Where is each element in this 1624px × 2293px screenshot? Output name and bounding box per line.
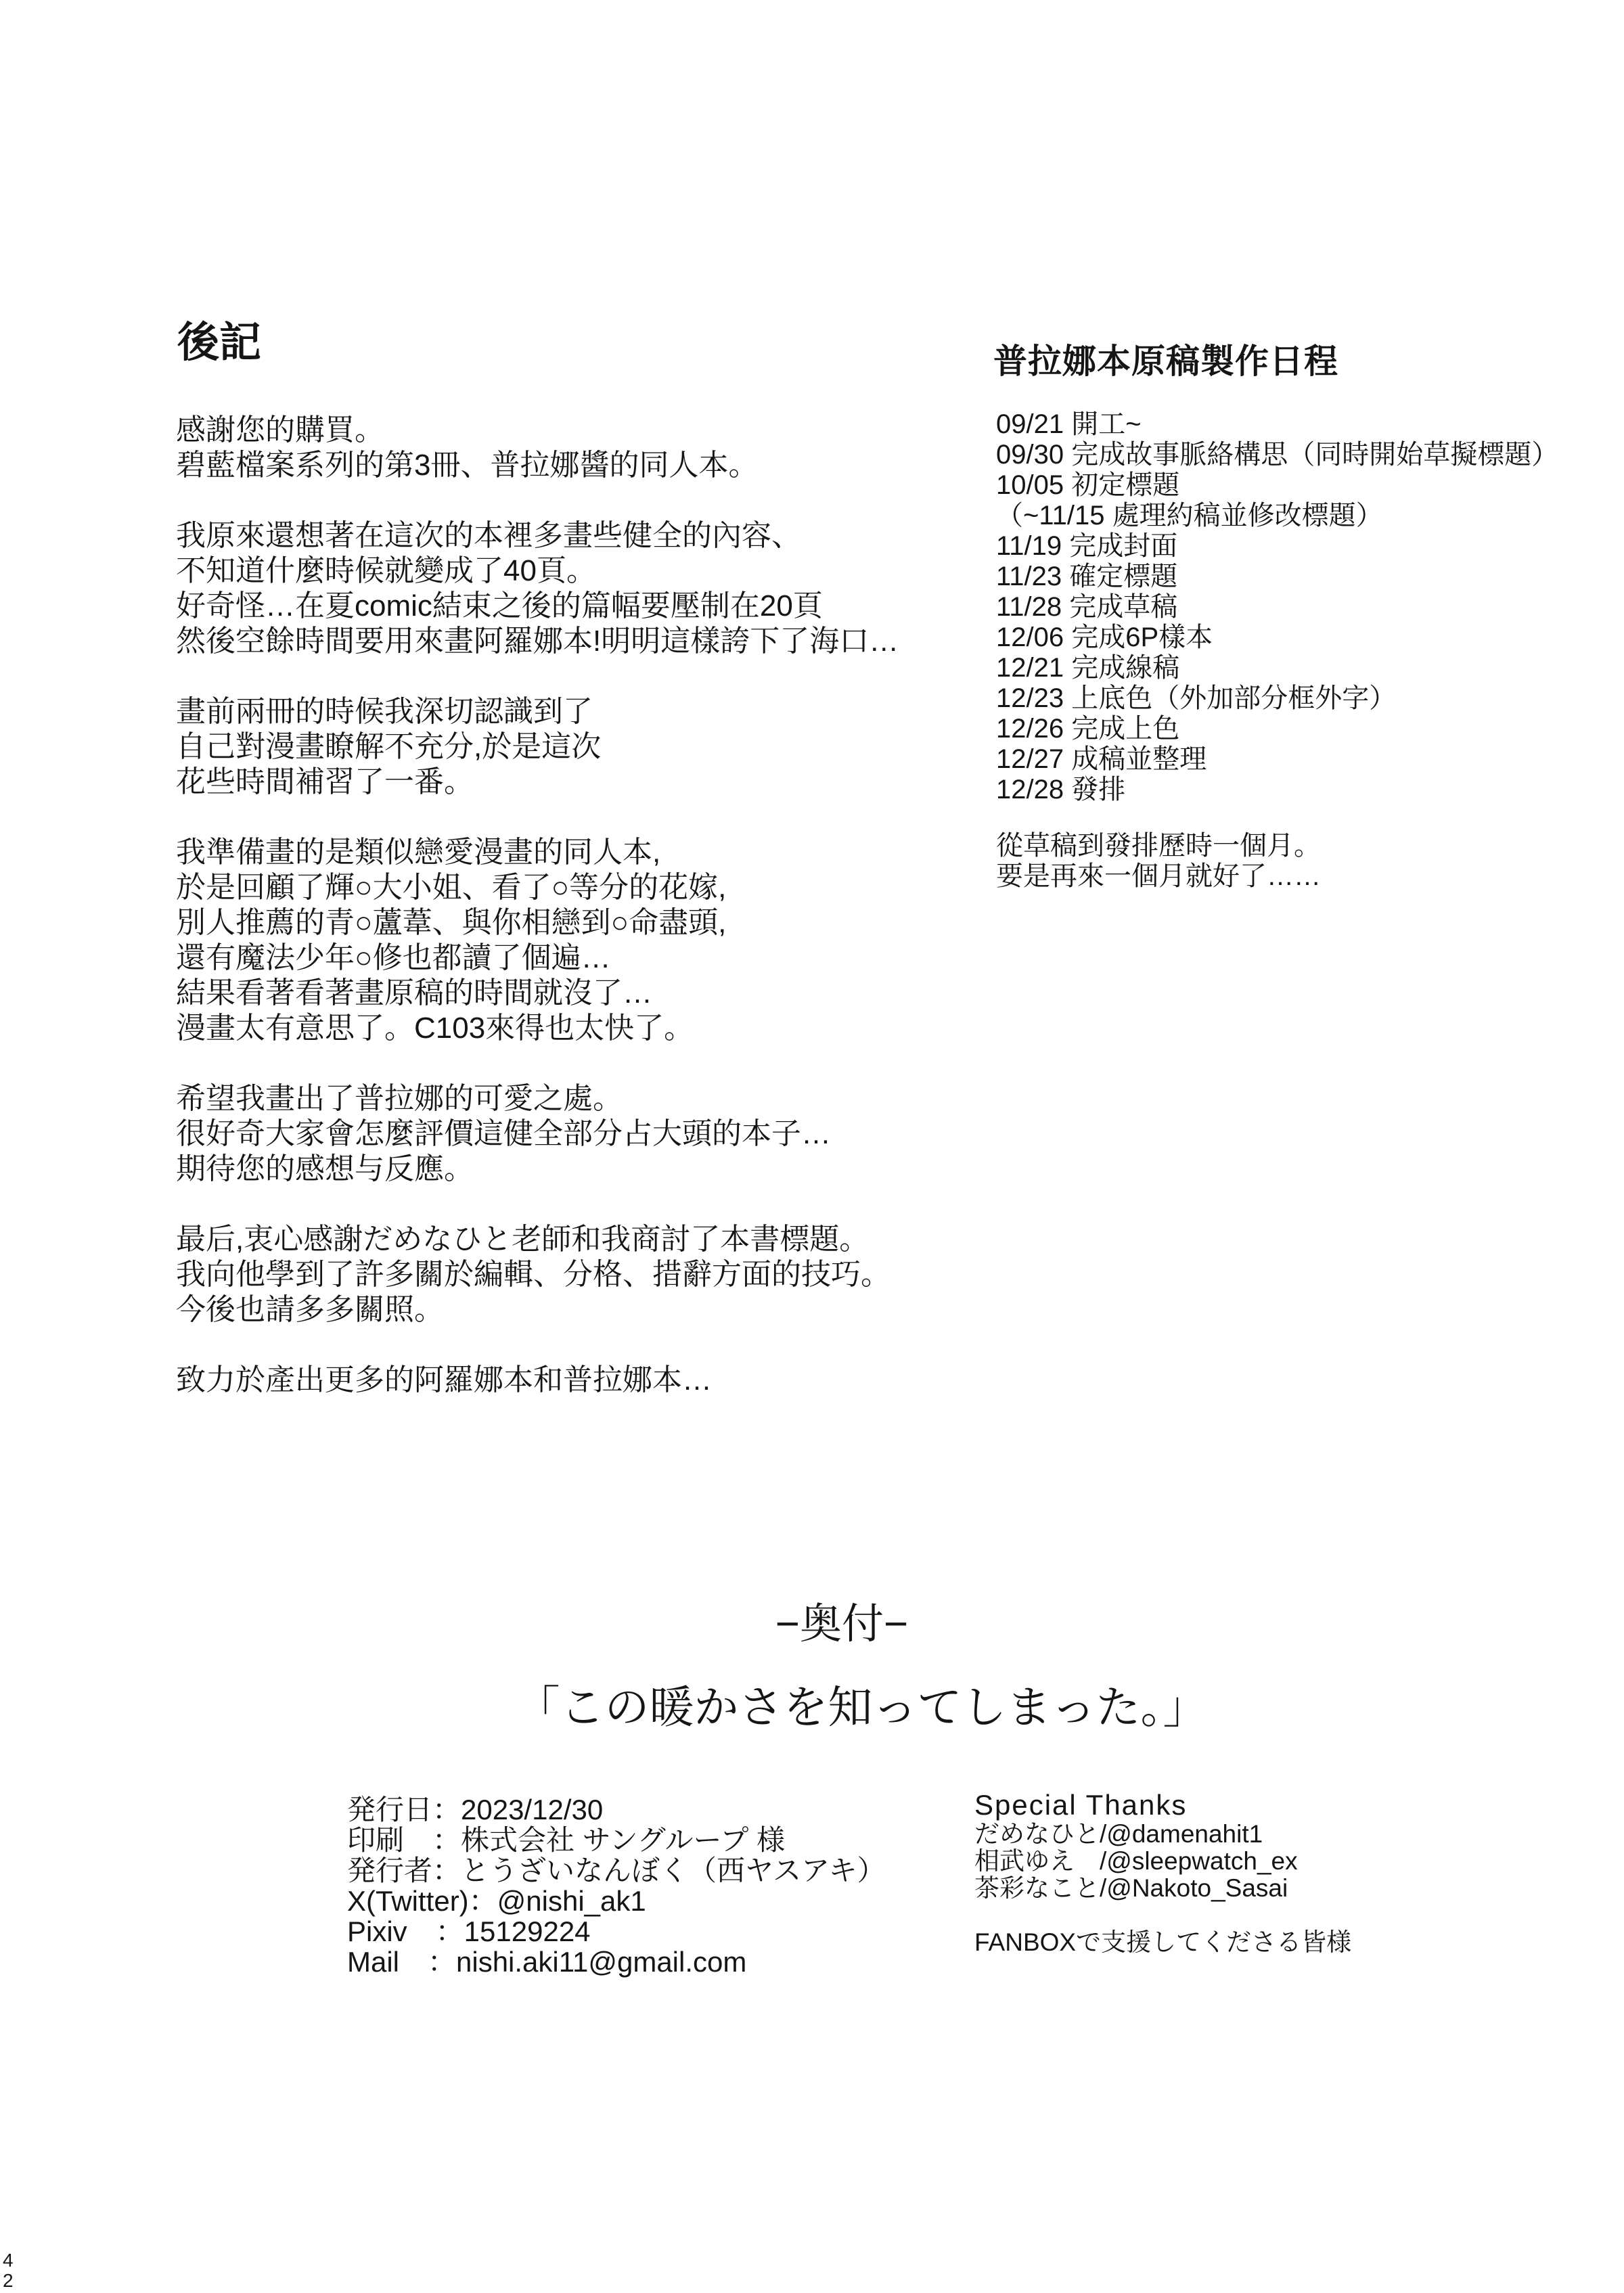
text-line: 自己對漫畫瞭解不充分,於是這次	[176, 729, 981, 765]
special-thanks-names: だめなひと/@damenahit1相武ゆえ /@sleepwatch_ex茶彩な…	[974, 1821, 1351, 1902]
text-line: 還有魔法少年○修也都讀了個遍…	[176, 940, 981, 976]
text-line: 12/23 上底色（外加部分框外字）	[996, 683, 1558, 714]
page-number: 42	[3, 2250, 14, 2291]
text-line	[176, 483, 981, 518]
text-line: 從草稿到發排歷時一個月。	[996, 831, 1321, 861]
text-line: 漫畫太有意思了。C103來得也太快了。	[176, 1011, 981, 1046]
book-title: 「この暖かさを知ってしまった。」	[516, 1671, 1208, 1735]
text-line: 結果看著看著畫原稿的時間就沒了…	[176, 976, 981, 1011]
production-schedule-notes: 從草稿到發排歷時一個月。要是再來一個月就好了……	[996, 831, 1321, 892]
text-line: 2	[3, 2271, 14, 2291]
text-line: 然後空餘時間要用來畫阿羅娜本!明明這樣誇下了海口…	[176, 624, 981, 659]
text-line: 相武ゆえ /@sleepwatch_ex	[974, 1848, 1351, 1875]
colophon-details: 発行日：2023/12/30印刷 ：株式会社 サングループ 様発行者：とうざいな…	[347, 1794, 885, 1977]
text-line: 今後也請多多關照。	[176, 1292, 981, 1327]
text-line: 12/28 發排	[996, 775, 1558, 805]
text-line: 花些時間補習了一番。	[176, 765, 981, 800]
text-line: 我準備畫的是類似戀愛漫畫的同人本,	[176, 835, 981, 870]
text-line: 12/06 完成6P樣本	[996, 622, 1558, 653]
colophon-section-title: −奥付−	[775, 1590, 908, 1650]
text-line	[176, 800, 981, 835]
text-line: 致力於產出更多的阿羅娜本和普拉娜本…	[176, 1363, 981, 1398]
text-line: 11/28 完成草稿	[996, 592, 1558, 622]
text-line: 於是回顧了輝○大小姐、看了○等分的花嫁,	[176, 870, 981, 905]
text-line: 很好奇大家會怎麼評價這健全部分占大頭的本子…	[176, 1116, 981, 1152]
afterword-body-text: 感謝您的購買。碧藍檔案系列的第3冊、普拉娜醬的同人本。我原來還想著在這次的本裡多…	[176, 413, 981, 1398]
text-line: 12/21 完成線稿	[996, 653, 1558, 683]
text-line: 好奇怪…在夏comic結束之後的篇幅要壓制在20頁	[176, 589, 981, 624]
text-line: 茶彩なこと/@Nakoto_Sasai	[974, 1875, 1351, 1902]
text-line: 11/19 完成封面	[996, 531, 1558, 562]
text-line: 09/21 開工~	[996, 409, 1558, 440]
text-line	[176, 1187, 981, 1222]
special-thanks-block: Special Thanks だめなひと/@damenahit1相武ゆえ /@s…	[974, 1790, 1351, 1956]
text-line: 我向他學到了許多關於編輯、分格、措辭方面的技巧。	[176, 1257, 981, 1292]
text-line: 期待您的感想与反應。	[176, 1152, 981, 1187]
text-line: X(Twitter)：@nishi_ak1	[347, 1886, 885, 1916]
text-line: （~11/15 處理約稿並修改標題）	[996, 501, 1558, 531]
text-line: 4	[3, 2250, 14, 2271]
text-line	[176, 1327, 981, 1363]
text-line: 09/30 完成故事脈絡構思（同時開始草擬標題）	[996, 440, 1558, 470]
text-line: 畫前兩冊的時候我深切認識到了	[176, 694, 981, 729]
text-line: 10/05 初定標題	[996, 470, 1558, 501]
text-line: 希望我畫出了普拉娜的可愛之處。	[176, 1081, 981, 1116]
text-line: 要是再來一個月就好了……	[996, 861, 1321, 892]
text-line: 12/26 完成上色	[996, 714, 1558, 744]
special-thanks-heading: Special Thanks	[974, 1790, 1351, 1821]
text-line: 我原來還想著在這次的本裡多畫些健全的內容、	[176, 518, 981, 553]
text-line: Pixiv ：15129224	[347, 1916, 885, 1947]
production-schedule-entries: 09/21 開工~09/30 完成故事脈絡構思（同時開始草擬標題）10/05 初…	[996, 409, 1558, 805]
fanbox-thanks-line: FANBOXで支援してくださる皆様	[974, 1929, 1351, 1956]
text-line: 発行者：とうざいなんぼく（西ヤスアキ）	[347, 1855, 885, 1886]
text-line: Mail ：nishi.aki11@gmail.com	[347, 1947, 885, 1977]
afterword-heading: 後記	[177, 319, 261, 367]
text-line: だめなひと/@damenahit1	[974, 1821, 1351, 1848]
text-line: 別人推薦的青○蘆葦、與你相戀到○命盡頭,	[176, 905, 981, 940]
text-line: 12/27 成稿並整理	[996, 744, 1558, 775]
text-line: 感謝您的購買。	[176, 413, 981, 448]
text-line: 碧藍檔案系列的第3冊、普拉娜醬的同人本。	[176, 448, 981, 483]
text-line	[176, 1046, 981, 1081]
text-line: 発行日：2023/12/30	[347, 1794, 885, 1825]
text-line: 11/23 確定標題	[996, 562, 1558, 592]
text-line: 最后,衷心感謝だめなひと老師和我商討了本書標題。	[176, 1222, 981, 1257]
production-schedule-heading: 普拉娜本原稿製作日程	[993, 342, 1338, 381]
text-line: 不知道什麼時候就變成了40頁。	[176, 553, 981, 589]
text-line: 印刷 ：株式会社 サングループ 様	[347, 1825, 885, 1855]
text-line	[176, 659, 981, 694]
